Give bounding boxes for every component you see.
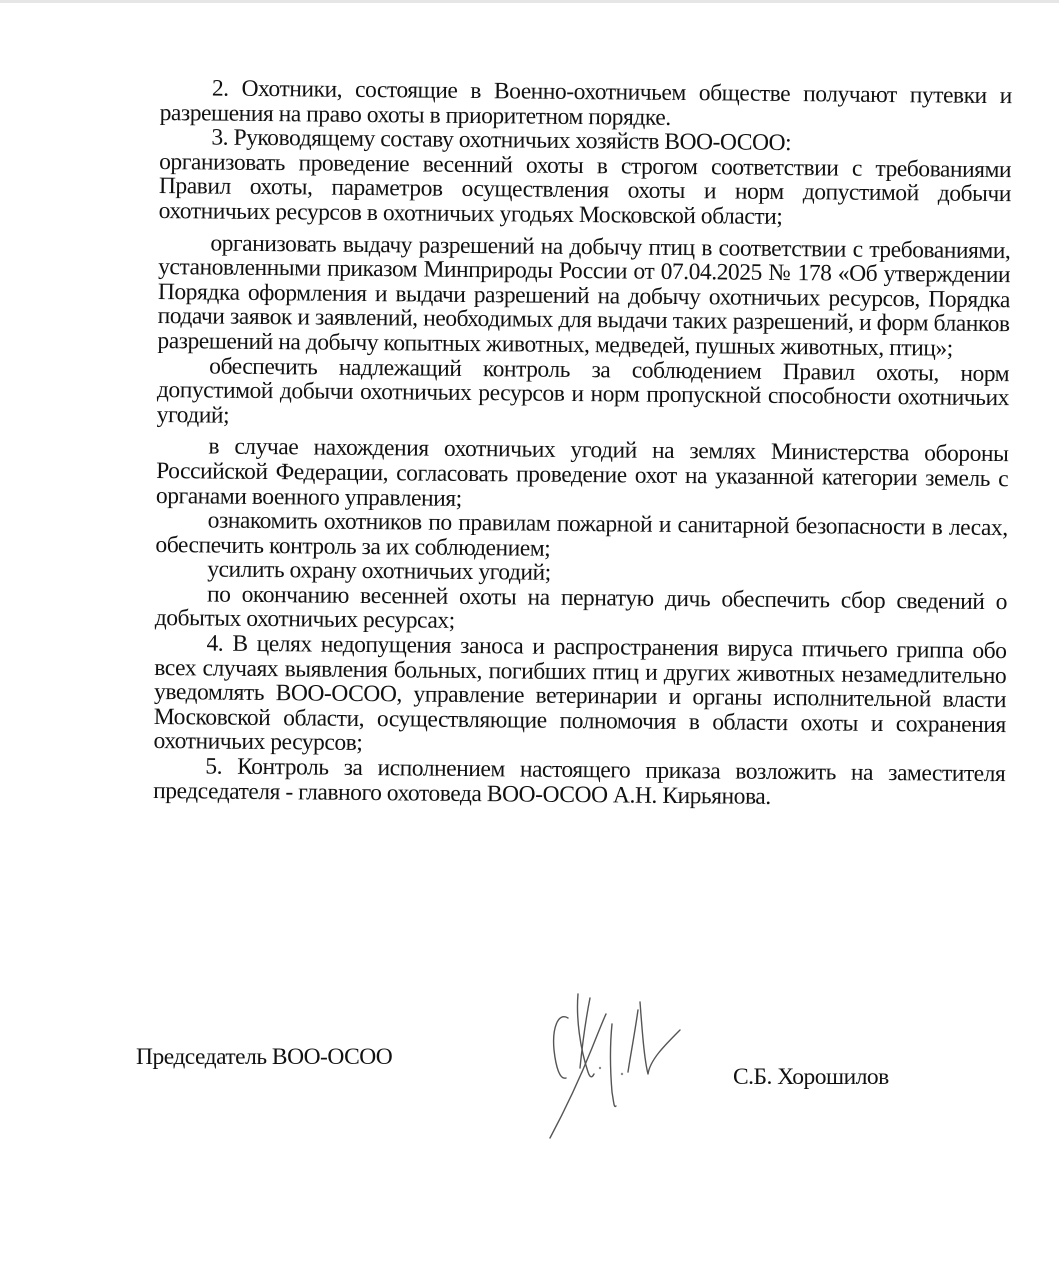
paragraph-item-4: 4. В целях недопущения заноса и распрост… [153, 631, 1006, 762]
paragraph-item-5: 5. Контроль за исполнением настоящего пр… [153, 754, 1005, 811]
paragraph-item-3-defense-lands: в случае нахождения охотничьих угодий на… [156, 434, 1009, 516]
page-top-edge [0, 0, 1059, 3]
paragraph-item-3-permits: организовать выдачу разрешений на добычу… [157, 231, 1010, 362]
document-body: 2. Охотники, состоящие в Военно-охотничь… [153, 76, 1012, 811]
signature-block: Председатель ВОО-ОСОО С.Б. Хорошилов [0, 1028, 1059, 1158]
signer-name: С.Б. Хорошилов [733, 1064, 889, 1091]
paragraph-item-3-organize-hunt: организовать проведение весенний охоты в… [159, 150, 1012, 232]
paragraph-item-3-control: обеспечить надлежащий контроль за соблюд… [157, 354, 1010, 436]
signer-title: Председатель ВОО-ОСОО [136, 1044, 392, 1071]
handwritten-signature-icon [530, 988, 750, 1158]
